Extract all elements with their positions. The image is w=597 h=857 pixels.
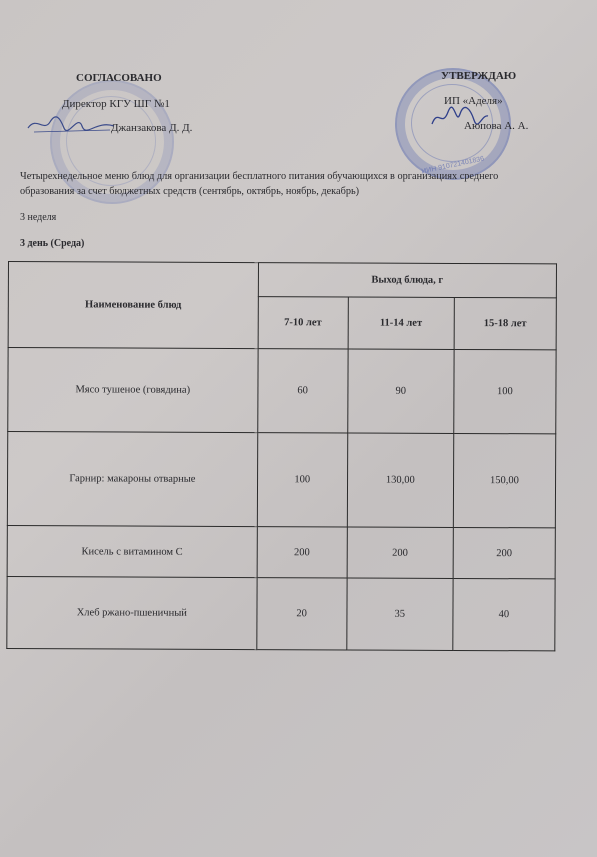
document-page: ИИН 910721401836 СОГЛАСОВАНО Директор КГ… bbox=[0, 0, 597, 857]
left-approval-name: Джанзакова Д. Д. bbox=[111, 122, 192, 134]
dish-name: Гарнир: макароны отварные bbox=[7, 432, 257, 527]
header-age-11-14: 11-14 лет bbox=[348, 297, 454, 349]
header-output-group: Выход блюда, г bbox=[258, 263, 556, 298]
dish-name: Кисель с витамином С bbox=[7, 525, 257, 577]
table-header-row: Наименование блюд Выход блюда, г bbox=[8, 262, 556, 298]
document-title-line1: Четырехнедельное меню блюд для организац… bbox=[20, 171, 498, 182]
dish-name: Хлеб ржано-пшеничный bbox=[7, 576, 257, 649]
right-approval-name: Аюпова А. А. bbox=[464, 120, 528, 132]
dish-name: Мясо тушеное (говядина) bbox=[8, 348, 258, 433]
portion-11-14: 200 bbox=[347, 527, 453, 578]
header-age-7-10: 7-10 лет bbox=[258, 297, 348, 349]
portion-7-10: 100 bbox=[257, 433, 347, 527]
header-dish-name: Наименование блюд bbox=[8, 262, 258, 349]
portion-7-10: 200 bbox=[257, 527, 347, 578]
portion-7-10: 20 bbox=[257, 578, 347, 650]
right-approval-heading: УТВЕРЖДАЮ bbox=[441, 70, 516, 82]
table-row: Кисель с витамином С 200 200 200 bbox=[7, 525, 555, 578]
portion-15-18: 40 bbox=[453, 578, 555, 650]
left-signature-icon bbox=[26, 112, 116, 138]
day-label: 3 день (Среда) bbox=[20, 238, 84, 249]
week-label: 3 неделя bbox=[20, 212, 56, 223]
header-age-15-18: 15-18 лет bbox=[454, 297, 556, 349]
portion-15-18: 200 bbox=[453, 527, 555, 578]
portion-11-14: 90 bbox=[347, 349, 454, 433]
portion-11-14: 35 bbox=[347, 578, 453, 650]
menu-table: Наименование блюд Выход блюда, г 7-10 ле… bbox=[6, 261, 557, 651]
portion-15-18: 150,00 bbox=[453, 433, 556, 527]
portion-7-10: 60 bbox=[257, 349, 347, 433]
left-approval-heading: СОГЛАСОВАНО bbox=[76, 72, 162, 84]
table-row: Мясо тушеное (говядина) 60 90 100 bbox=[8, 348, 556, 434]
table-row: Гарнир: макароны отварные 100 130,00 150… bbox=[7, 432, 555, 528]
portion-11-14: 130,00 bbox=[347, 433, 454, 527]
left-approval-position: Директор КГУ ШГ №1 bbox=[62, 98, 170, 110]
portion-15-18: 100 bbox=[454, 349, 557, 433]
right-approval-organization: ИП «Аделя» bbox=[444, 95, 503, 107]
table-row: Хлеб ржано-пшеничный 20 35 40 bbox=[7, 576, 555, 650]
document-title-line2: образования за счет бюджетных средств (с… bbox=[20, 186, 359, 197]
